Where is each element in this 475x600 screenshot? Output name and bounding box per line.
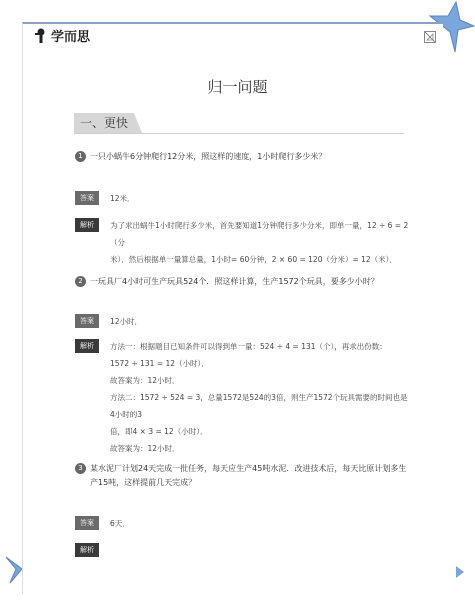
- answer-tag: 答案: [75, 516, 99, 530]
- question-number-badge: 1: [75, 151, 86, 162]
- answer-text: 12小时．: [110, 313, 410, 330]
- explanation-row-2: 解析 方法一：根据题目已知条件可以得到单一量：524 ÷ 4 = 131（个），…: [75, 338, 410, 457]
- explanation-row-1: 解析 为了求出蜗牛1小时爬行多少米，首先要知道1分钟爬行多少分米，即单一量，12…: [75, 217, 410, 268]
- question-text: 产15吨，这样提前几天完成？: [75, 476, 410, 490]
- explanation-line: 为了求出蜗牛1小时爬行多少米，首先要知道1分钟爬行多少分米，即单一量，12 ÷ …: [110, 217, 410, 251]
- page-title: 归一问题: [0, 76, 475, 97]
- question-number-badge: 3: [75, 463, 86, 474]
- document-page: [22, 22, 443, 594]
- answer-text: 6天．: [110, 515, 410, 532]
- question-text: 某水泥厂计划24天完成一批任务，每天应生产45吨水泥．改进技术后，每天比原计划多…: [90, 464, 406, 473]
- explanation-tag: 解析: [75, 339, 99, 353]
- section-header: 一、更快: [74, 113, 404, 134]
- explanation-line: 故答案为：12小时．: [110, 372, 410, 389]
- answer-tag: 答案: [75, 191, 99, 205]
- explanation-line: 1572 ÷ 131 = 12（小时）．: [110, 355, 410, 372]
- answer-row-2: 答案 12小时．: [75, 313, 410, 330]
- explanation-tag: 解析: [75, 218, 99, 232]
- answer-row-3: 答案 6天．: [75, 515, 410, 532]
- edit-icon[interactable]: [424, 31, 436, 43]
- explanation-line: 方法二：1572 ÷ 524 = 3，总量1572是524的3倍，则生产1572…: [110, 389, 410, 423]
- logo-icon: [34, 28, 48, 44]
- question-text: 一玩具厂4小时可生产玩具524个．照这样计算，生产1572个玩具，要多少小时？: [90, 277, 379, 286]
- explanation-line: 米）．然后根据单一量算总量，1小时= 60分钟，2 × 60 = 120（分米）…: [110, 251, 410, 268]
- answer-text: 12米．: [110, 190, 410, 207]
- explanation-line: 倍，即4 × 3 = 12（小时）．: [110, 423, 410, 440]
- arrow-decoration-icon: [454, 566, 464, 580]
- explanation-line: 方法一：根据题目已知条件可以得到单一量：524 ÷ 4 = 131（个），再求出…: [110, 338, 410, 355]
- explanation-row-3: 解析: [75, 542, 410, 557]
- question-number-badge: 2: [75, 276, 86, 287]
- question-text: 一只小蜗牛6分钟爬行12分米，照这样的速度，1小时爬行多少米？: [90, 152, 326, 161]
- question-1: 1一只小蜗牛6分钟爬行12分米，照这样的速度，1小时爬行多少米？: [75, 150, 410, 164]
- question-3: 3某水泥厂计划24天完成一批任务，每天应生产45吨水泥．改进技术后，每天比原计划…: [75, 462, 410, 490]
- explanation-line: 故答案为：12小时．: [110, 440, 410, 457]
- answer-row-1: 答案 12米．: [75, 190, 410, 207]
- logo-text: 学而思: [51, 26, 90, 45]
- brand-logo: 学而思: [34, 26, 90, 45]
- section-label: 一、更快: [74, 113, 142, 133]
- question-2: 2一玩具厂4小时可生产玩具524个．照这样计算，生产1572个玩具，要多少小时？: [75, 275, 410, 289]
- answer-tag: 答案: [75, 314, 99, 328]
- explanation-tag: 解析: [75, 543, 99, 557]
